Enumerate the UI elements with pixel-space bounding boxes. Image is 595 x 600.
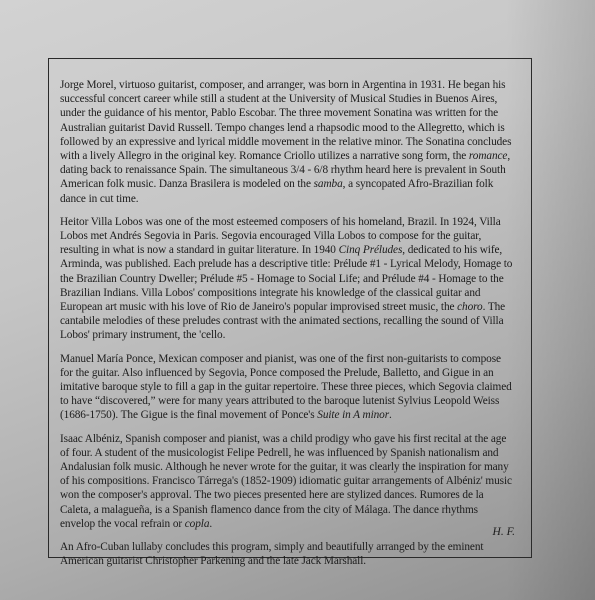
italic-term: Cinq Préludes: [339, 244, 403, 256]
italic-term: choro: [457, 301, 482, 313]
italic-term: romance: [469, 150, 507, 162]
paragraph-albeniz: Isaac Albéniz, Spanish composer and pian…: [60, 432, 515, 531]
paragraph-morel: Jorge Morel, virtuoso guitarist, compose…: [60, 78, 515, 206]
italic-term: samba: [314, 178, 343, 190]
paragraph-villa-lobos: Heitor Villa Lobos was one of the most e…: [60, 215, 515, 343]
liner-notes-box: Jorge Morel, virtuoso guitarist, compose…: [48, 58, 532, 558]
italic-term: copla: [185, 518, 210, 530]
italic-term: Suite in A minor: [317, 409, 389, 421]
author-signature: H. F.: [493, 526, 515, 538]
paragraph-closing: An Afro-Cuban lullaby concludes this pro…: [60, 540, 515, 568]
paragraph-ponce: Manuel María Ponce, Mexican composer and…: [60, 352, 515, 423]
